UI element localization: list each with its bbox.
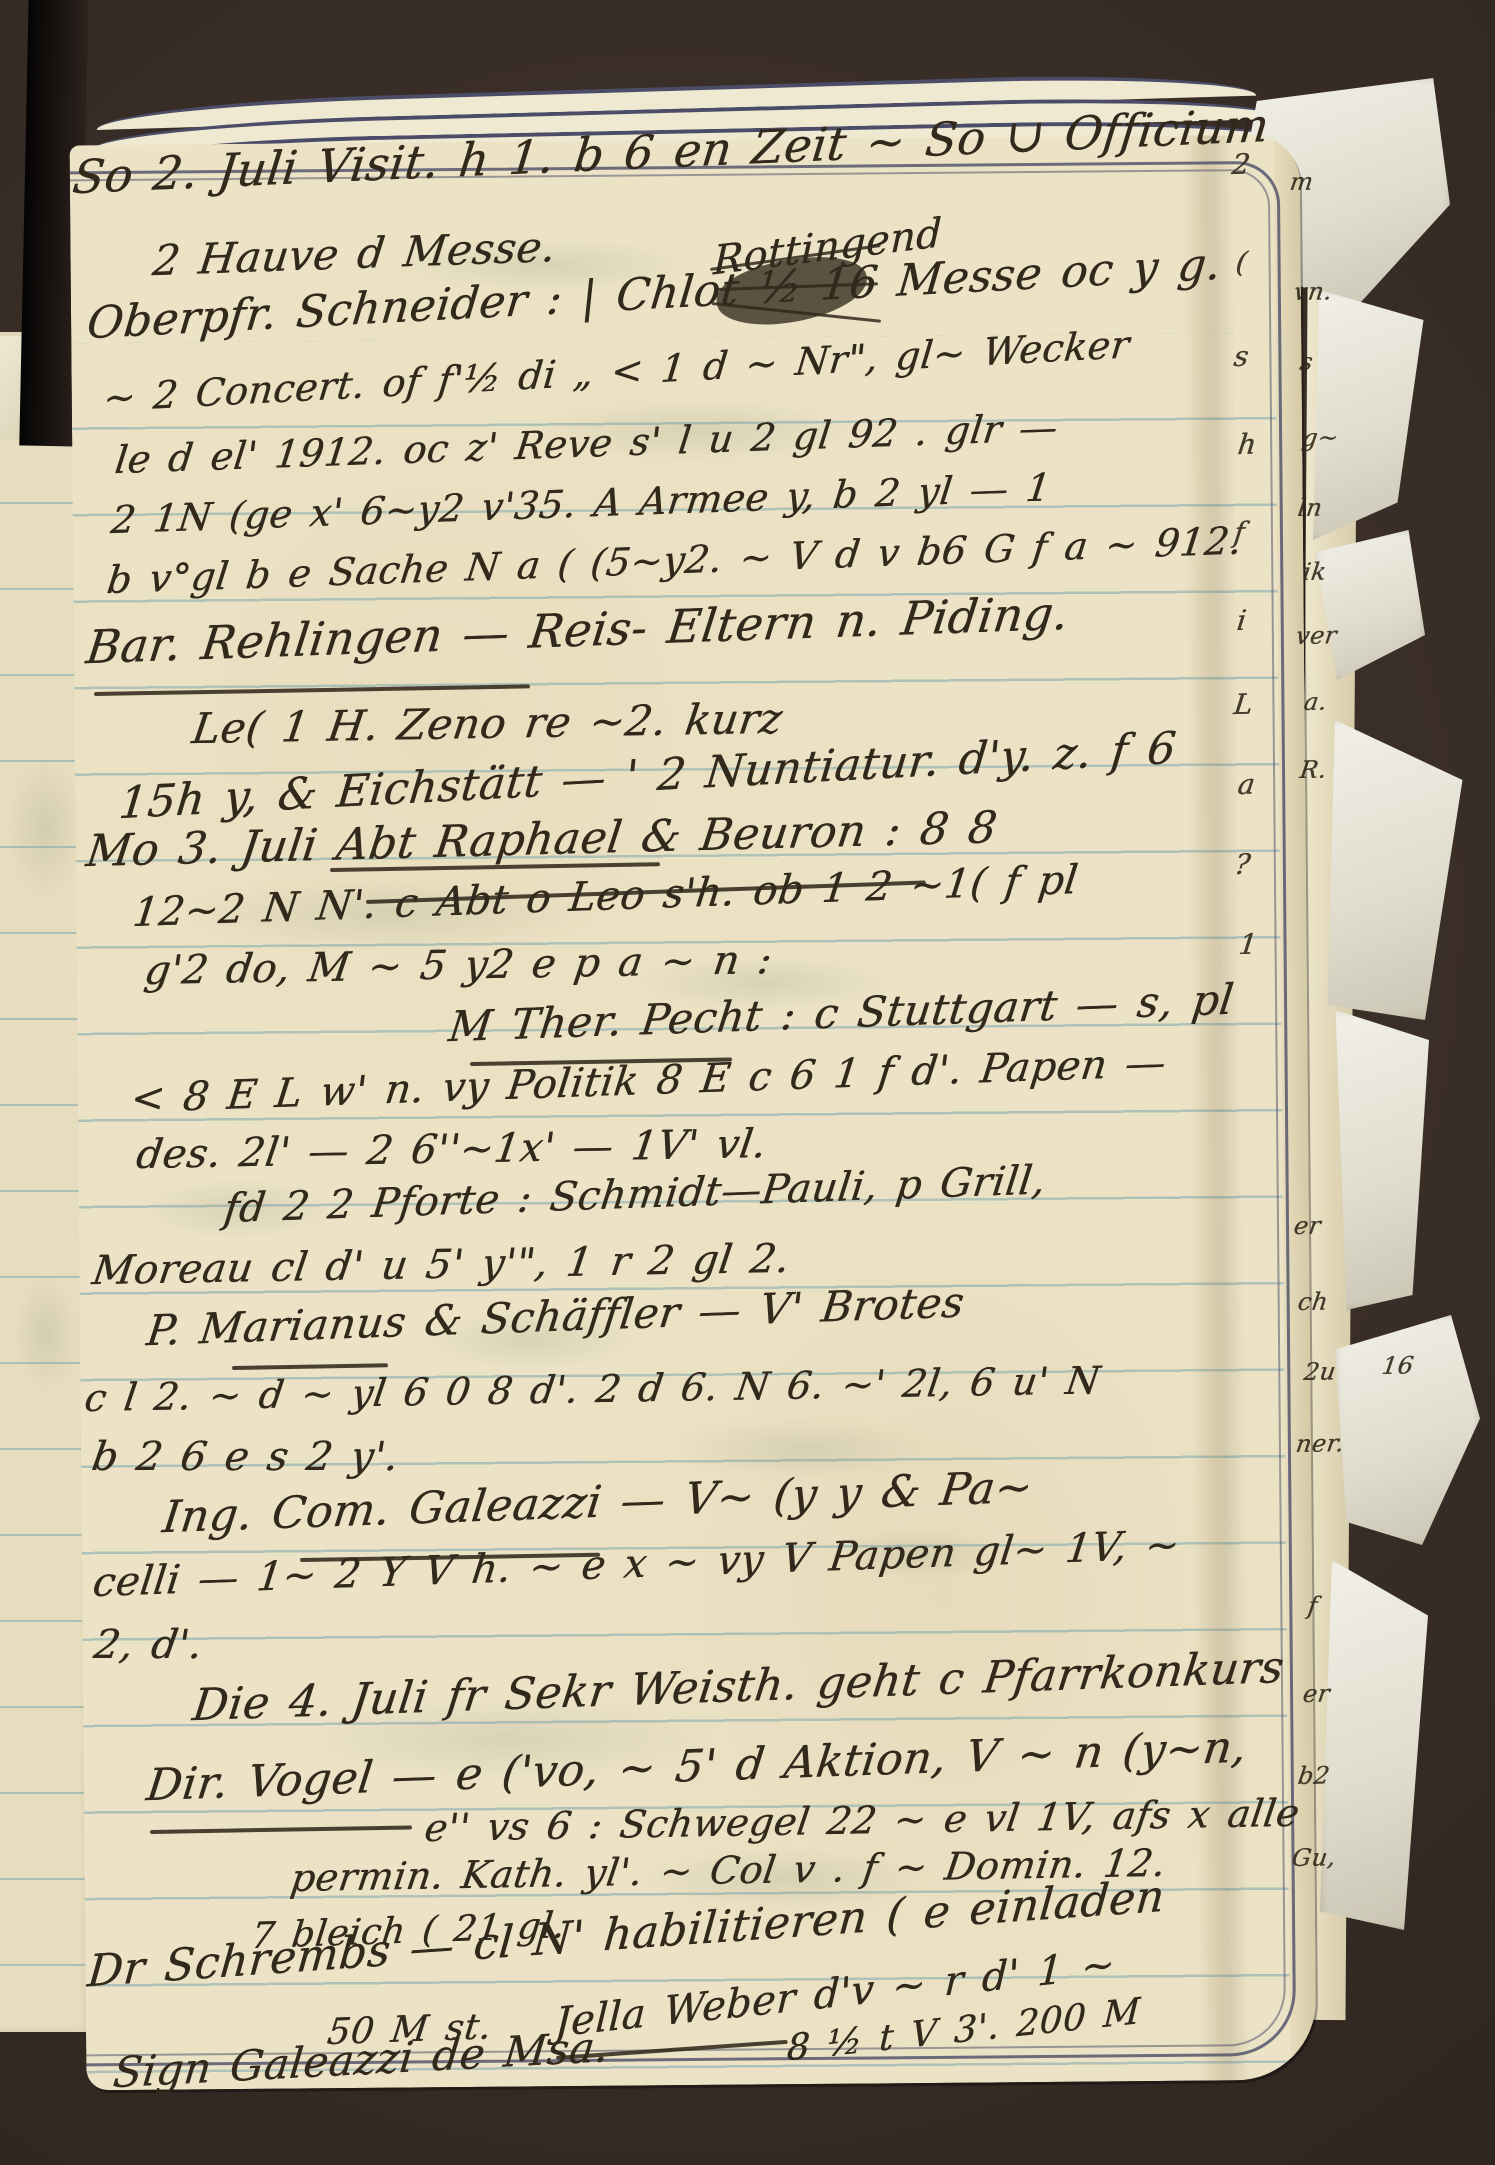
next-page-text-snippet: ner. [1294, 1429, 1346, 1458]
scanned-diary-photo: So 2. Juli Visit. h 1. b 6 en Zeit ~ So … [0, 0, 1495, 2165]
cut-character: ? [1233, 847, 1253, 881]
next-page-text-snippet: ch [1296, 1287, 1330, 1316]
handwriting-underline [232, 1363, 388, 1370]
handwriting-line: Die 4. Juli fr Sekr Weisth. geht c Pfarr… [190, 1642, 1287, 1731]
next-page-text-snippet: g~ [1300, 423, 1340, 452]
next-page-text-snippet: m [1288, 168, 1315, 196]
handwriting-underline [94, 684, 530, 696]
handwriting-line: Le( 1 H. Zeno re ~2. kurz [189, 694, 786, 753]
handwriting-underline [150, 1825, 412, 1834]
next-page-text-snippet: s [1298, 348, 1315, 376]
next-page-text-snippet: f [1306, 1592, 1319, 1620]
next-page-text-snippet: a. [1302, 688, 1329, 716]
next-page-text-snippet: ln [1296, 494, 1324, 522]
handwriting-line: Moreau cl d' u 5' y'", 1 r 2 gl 2. [90, 1236, 793, 1294]
next-page-text-snippet: R. [1298, 756, 1329, 785]
handwriting-line: b 2 6 e s 2 y'. [89, 1434, 403, 1480]
next-page-text-snippet: b2 [1296, 1761, 1332, 1790]
cut-character: L [1232, 687, 1255, 721]
cut-character: h [1236, 427, 1259, 461]
next-page-text-snippet: vn. [1292, 277, 1334, 306]
cut-character: i [1235, 604, 1249, 637]
ghost-bleedthrough-mark [8, 758, 82, 898]
handwriting-line: < 8 E L w' n. vy Politik 8 E c 6 1 f d'.… [128, 1040, 1168, 1122]
next-page-text-snippet: er [1301, 1680, 1332, 1709]
next-page-text-snippet: 2u [1302, 1357, 1338, 1386]
handwriting-line: e'' vs 6 : Schwegel 22 ~ e vl 1V, afs x … [422, 1791, 1303, 1850]
cut-character: s [1232, 339, 1251, 373]
cut-character: 1 [1237, 927, 1259, 961]
handwriting-line: So 2. Juli Visit. h 1. b 6 en Zeit ~ So … [70, 98, 1272, 205]
ghost-bleedthrough-mark [14, 1278, 78, 1390]
handwriting-layer: So 2. Juli Visit. h 1. b 6 en Zeit ~ So … [0, 0, 1495, 2165]
next-page-text-snippet: Gu, [1290, 1843, 1338, 1872]
handwriting-line: 2, d'. [91, 1622, 206, 1668]
next-page-text-snippet: er [1292, 1212, 1323, 1241]
cut-character: ( [1234, 246, 1250, 280]
cut-character: 2 [1230, 147, 1252, 181]
next-page-text-snippet: ik [1301, 558, 1328, 586]
handwriting-line: Bar. Rehlingen — Reis- Eltern n. Piding. [83, 586, 1072, 675]
next-page-text-snippet: 16 [1380, 1351, 1415, 1380]
cut-character: a [1236, 767, 1257, 801]
next-page-text-snippet: ver [1294, 621, 1339, 650]
